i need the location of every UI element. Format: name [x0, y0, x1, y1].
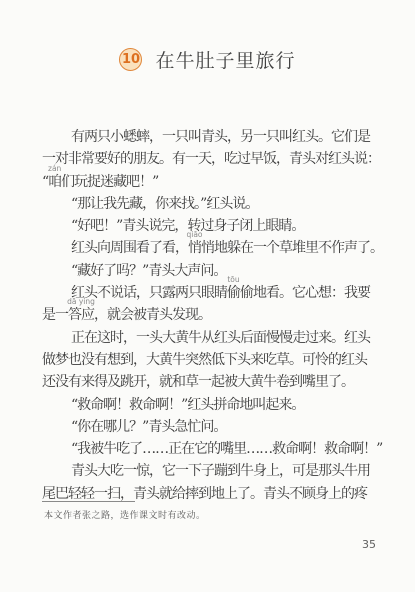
text-line: 正在这时，一头大黄牛从红头后面慢慢走过来。红头 — [42, 327, 382, 349]
text-line: “你在哪儿？”青头急忙问。 — [42, 416, 382, 438]
pinyin-annotation: zán — [48, 165, 61, 173]
page-number: 35 — [362, 538, 376, 551]
text-line: “我被牛吃了……正在它的嘴里……救命啊！救命啊！” — [42, 438, 382, 460]
text-line: “那让我先藏，你来找。”红头说。 — [42, 193, 382, 215]
text-line: 一对非常要好的朋友。有一天，吃过早饭，青头对红头说： — [42, 148, 382, 170]
lesson-number-badge: 10 — [119, 48, 142, 71]
text-line: 做梦也没有想到，大黄牛突然低下头来吃草。可怜的红头 — [42, 349, 382, 371]
text-line: 青头大吃一惊，它一下子蹦到牛身上，可是那头牛用 — [42, 460, 382, 482]
lesson-header: 10 在牛肚子里旅行 — [0, 46, 415, 73]
lesson-title: 在牛肚子里旅行 — [155, 46, 295, 73]
footnote-divider — [42, 501, 135, 502]
pinyin-annotated-text: qiāo悄 — [188, 237, 201, 259]
pinyin-annotation: dā ying — [67, 298, 95, 306]
pinyin-annotated-text: dā ying答应 — [68, 304, 94, 326]
text-line: 有两只小蟋蟀，一只叫青头，另一只叫红头。它们是 — [42, 126, 382, 148]
pinyin-annotated-text: zán咱 — [48, 171, 61, 193]
body-text: 有两只小蟋蟀，一只叫青头，另一只叫红头。它们是一对非常要好的朋友。有一天，吃过早… — [42, 126, 382, 505]
text-line: 红头向周围看了看，qiāo悄悄地躲在一个草堆里不作声了。 — [42, 237, 382, 259]
text-line: 是一dā ying答应，就会被青头发现。 — [42, 304, 382, 326]
pinyin-annotation: qiāo — [186, 231, 202, 239]
text-line: 还没有来得及跳开，就和草一起被大黄牛卷到嘴里了。 — [42, 371, 382, 393]
footnote: 本文作者张之路，选作课文时有改动。 — [44, 508, 206, 521]
pinyin-annotated-text: tōu偷 — [227, 282, 240, 304]
textbook-page: 10 在牛肚子里旅行 有两只小蟋蟀，一只叫青头，另一只叫红头。它们是一对非常要好… — [0, 0, 415, 592]
text-line: “救命啊！救命啊！”红头拼命地叫起来。 — [42, 394, 382, 416]
text-line: “藏好了吗？”青头大声问。 — [42, 260, 382, 282]
text-line: “zán咱们玩捉迷藏吧！” — [42, 171, 382, 193]
pinyin-annotation: tōu — [227, 276, 239, 284]
text-line: “好吧！”青头说完，转过身子闭上眼睛。 — [42, 215, 382, 237]
